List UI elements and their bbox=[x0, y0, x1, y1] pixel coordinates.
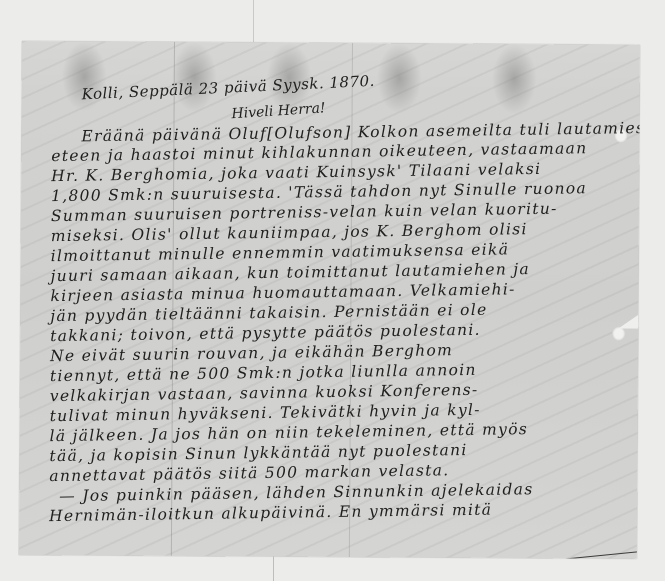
letter-body: Kolli, Seppälä 23 päivä Syysk. 1870. Hiv… bbox=[52, 63, 637, 67]
letter-salutation: Hiveli Herra! bbox=[231, 100, 326, 122]
letter-dateline: Kolli, Seppälä 23 päivä Syysk. 1870. bbox=[81, 72, 375, 104]
torn-corner bbox=[618, 315, 638, 329]
bleed-smudge bbox=[172, 42, 217, 112]
bleed-smudge bbox=[377, 43, 422, 113]
punch-hole bbox=[612, 327, 625, 341]
bleed-smudge bbox=[492, 44, 537, 114]
letter-paper: Kolli, Seppälä 23 päivä Syysk. 1870. Hiv… bbox=[19, 41, 640, 559]
closing-flourish-line bbox=[559, 550, 640, 559]
scan-backdrop-fold-line bbox=[253, 0, 254, 42]
